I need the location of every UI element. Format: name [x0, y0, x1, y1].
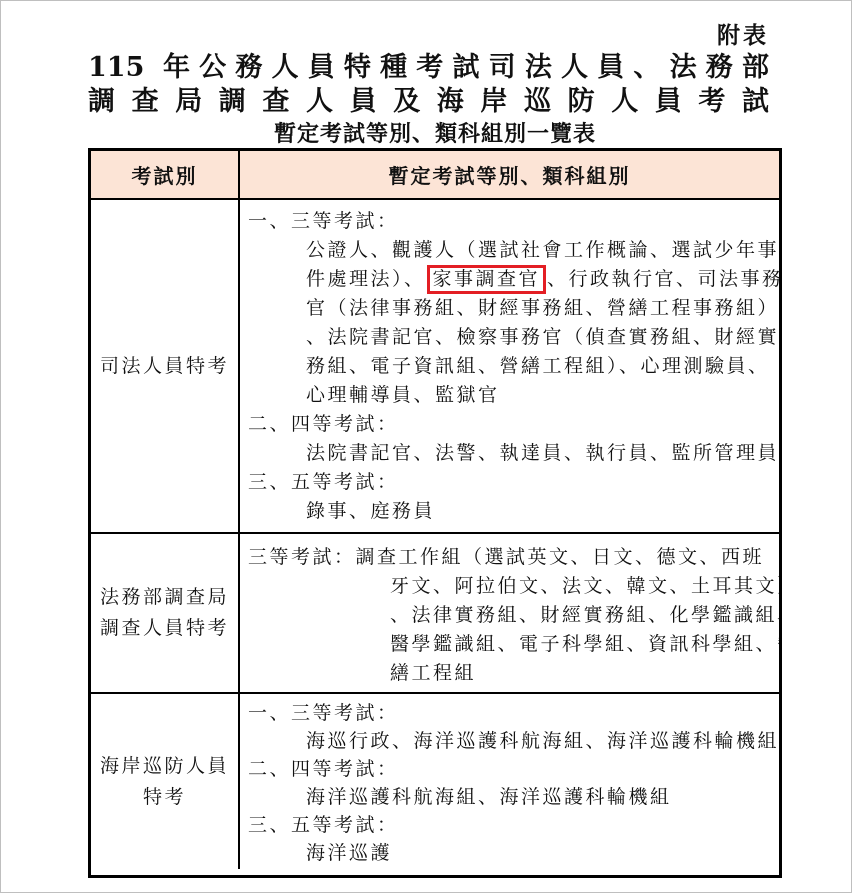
text-line: 二、四等考試： [240, 410, 779, 439]
row-label-line: 特考 [143, 782, 186, 813]
table-row-judicial-personnel: 司法人員特考 一、三等考試： 公證人、觀護人（選試社會工作概論、選試少年事 件處… [91, 198, 779, 532]
text-line: 海洋巡護科航海組、海洋巡護科輪機組 [240, 783, 779, 811]
highlighted-text: 家事調查官 [433, 268, 541, 290]
text-line: 、法院書記官、檢察事務官（偵查實務組、財經實 [240, 323, 779, 352]
text-line: 三、五等考試： [240, 811, 779, 839]
highlight-box: 家事調查官 [427, 265, 547, 294]
text-line: 三等考試：調查工作組（選試英文、日文、德文、西班 [240, 543, 779, 572]
table-row-coast-guard: 海岸巡防人員 特考 一、三等考試： 海巡行政、海洋巡護科航海組、海洋巡護科輪機組… [91, 692, 779, 869]
row-label-line: 法務部調查局 [100, 582, 229, 613]
title-line-3: 暫定考試等別、類科組別一覽表 [88, 120, 782, 148]
text-line: 三、五等考試： [240, 468, 779, 497]
table-row-moj-investigation: 法務部調查局 調查人員特考 三等考試：調查工作組（選試英文、日文、德文、西班 牙… [91, 532, 779, 692]
text-line: 務組、電子資訊組、營繕工程組）、心理測驗員、 [240, 352, 779, 381]
text-line: 牙文、阿拉伯文、法文、韓文、土耳其文） [240, 572, 779, 601]
row-label-judicial: 司法人員特考 [91, 200, 240, 532]
text-line: 錄事、庭務員 [240, 497, 779, 526]
row-label-moj-investigation: 法務部調查局 調查人員特考 [91, 534, 240, 692]
header-cell-grade-category: 暫定考試等別、類科組別 [240, 151, 779, 198]
title-line-1: 115 年公務人員特種考試司法人員、法務部 [88, 51, 769, 85]
document-title: 115 年公務人員特種考試司法人員、法務部 調查局調查人員及海岸巡防人員考試 暫… [88, 51, 782, 148]
text-line: 醫學鑑識組、電子科學組、資訊科學組、營 [240, 630, 779, 659]
text-line: 二、四等考試： [240, 755, 779, 783]
corner-label: 附表 [717, 17, 769, 50]
title-line-2: 調查局調查人員及海岸巡防人員考試 [88, 85, 769, 119]
text-segment: 、行政執行官、司法事務 [547, 268, 779, 290]
text-line: 、法律實務組、財經實務組、化學鑑識組、 [240, 601, 779, 630]
table-header-row: 考試別 暫定考試等別、類科組別 [91, 151, 779, 198]
exam-category-table: 考試別 暫定考試等別、類科組別 司法人員特考 一、三等考試： 公證人、觀護人（選… [88, 148, 782, 878]
document-page: 附表 115 年公務人員特種考試司法人員、法務部 調查局調查人員及海岸巡防人員考… [0, 0, 852, 893]
text-line: 海洋巡護 [240, 839, 779, 867]
text-line: 法院書記官、法警、執達員、執行員、監所管理員 [240, 439, 779, 468]
text-line: 海巡行政、海洋巡護科航海組、海洋巡護科輪機組 [240, 727, 779, 755]
row-label-line: 司法人員特考 [100, 351, 229, 382]
row-label-line: 海岸巡防人員 [100, 751, 229, 782]
text-line: 繕工程組 [240, 659, 779, 688]
row-label-line: 調查人員特考 [100, 613, 229, 644]
text-line: 公證人、觀護人（選試社會工作概論、選試少年事 [240, 236, 779, 265]
row-content-moj-investigation: 三等考試：調查工作組（選試英文、日文、德文、西班 牙文、阿拉伯文、法文、韓文、土… [240, 534, 779, 692]
text-line: 一、三等考試： [240, 207, 779, 236]
text-segment: 件處理法）、 [306, 268, 426, 290]
row-content-coast-guard: 一、三等考試： 海巡行政、海洋巡護科航海組、海洋巡護科輪機組 二、四等考試： 海… [240, 694, 779, 869]
row-content-judicial: 一、三等考試： 公證人、觀護人（選試社會工作概論、選試少年事 件處理法）、家事調… [240, 200, 779, 532]
text-line-with-highlight: 件處理法）、家事調查官、行政執行官、司法事務 [240, 265, 779, 294]
text-line: 心理輔導員、監獄官 [240, 381, 779, 410]
header-cell-exam-type: 考試別 [91, 151, 240, 198]
row-label-coast-guard: 海岸巡防人員 特考 [91, 694, 240, 869]
text-line: 一、三等考試： [240, 699, 779, 727]
text-line: 官（法律事務組、財經事務組、營繕工程事務組） [240, 294, 779, 323]
